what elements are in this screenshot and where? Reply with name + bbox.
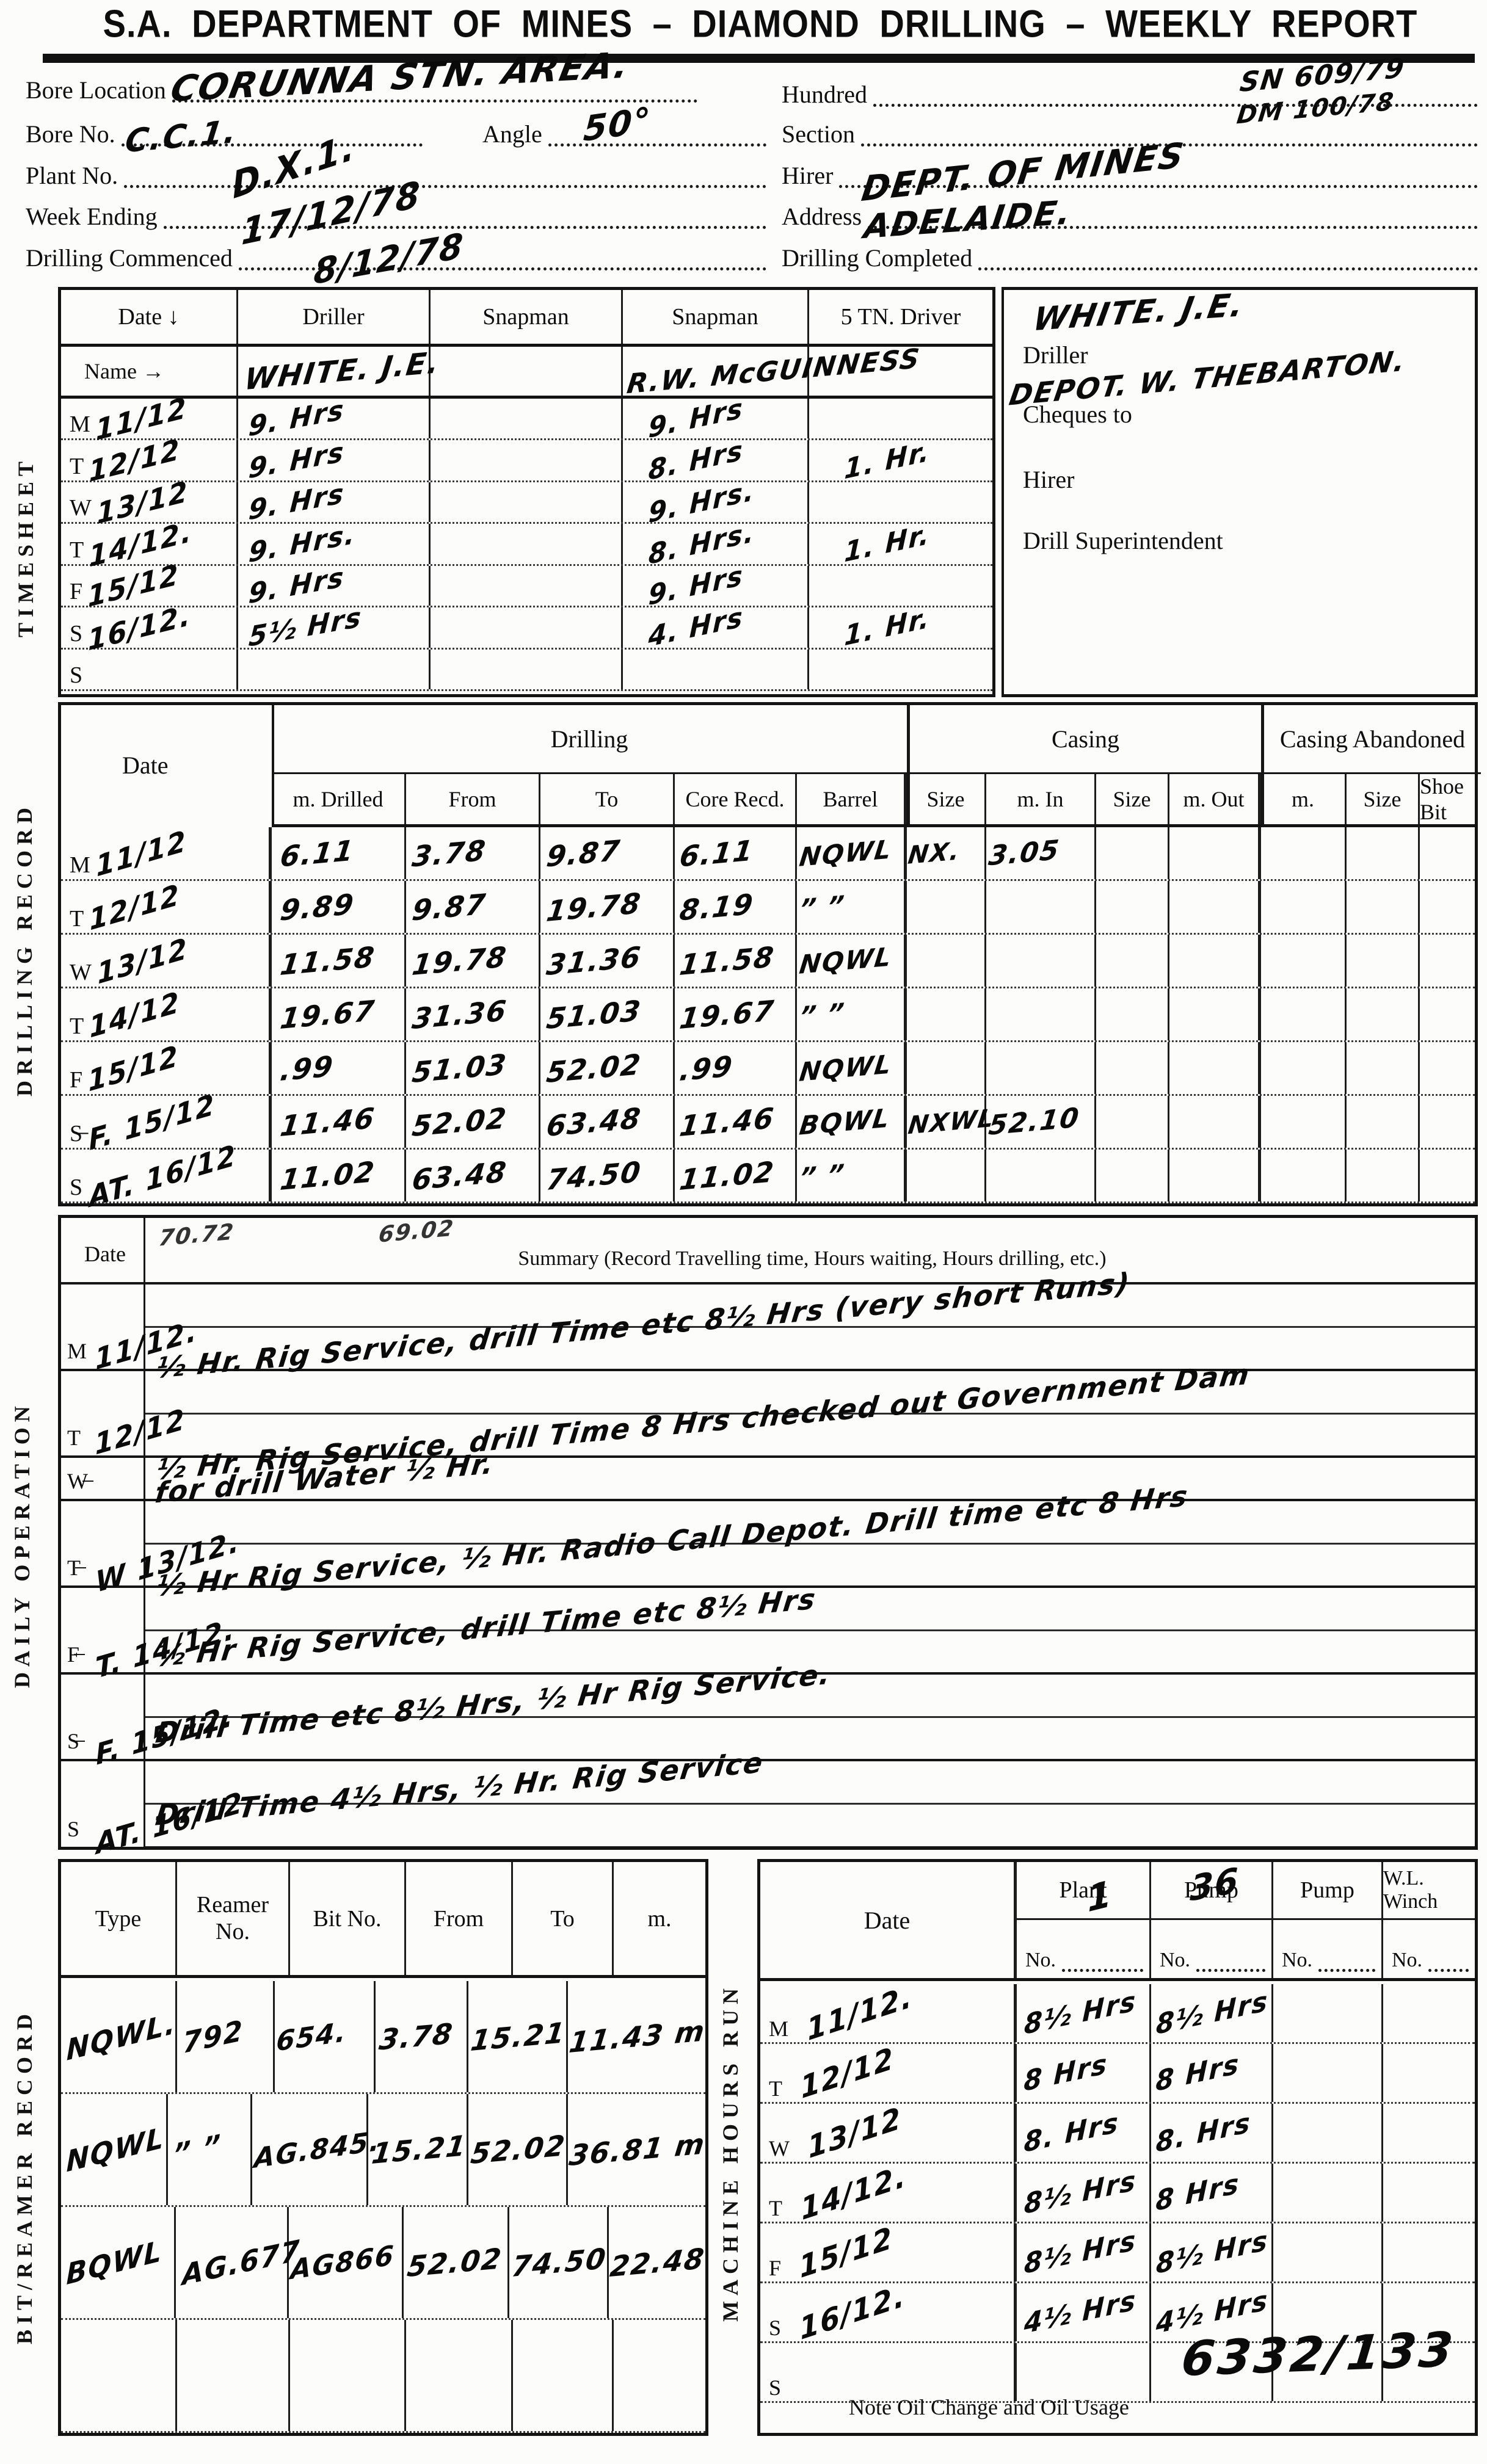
reamer-no-cell: AG.677: [176, 2207, 289, 2318]
from-cell: 63.48: [406, 1150, 540, 1201]
barrel-type: NQWL: [798, 941, 893, 980]
bit-from: 3.78: [377, 2016, 456, 2056]
m-drilled-cell: .99: [272, 1042, 406, 1094]
bit-m-cell: [614, 2320, 705, 2431]
from-depth: 51.03: [410, 1047, 509, 1089]
abandoned-m-cell: [1261, 935, 1347, 987]
m-drilled: 11.46: [278, 1101, 377, 1142]
bit-from: 15.21: [369, 2129, 468, 2170]
abandoned-m-cell: [1261, 881, 1347, 933]
driller-hours-cell: 9. Hrs: [238, 440, 431, 480]
timesheet-date-cell: S: [61, 650, 238, 689]
drilling-commenced-value: 8/12/78: [313, 225, 466, 292]
plant-hours-cell: [1017, 2343, 1151, 2401]
from-depth: 9.87: [410, 887, 489, 927]
pump2-header-text: Pump: [1300, 1877, 1354, 1904]
driller-name-cell: WHITE. J.E.: [238, 347, 431, 396]
machine-hours-section-label: MACHINE HOURS RUN: [716, 1911, 745, 2393]
plant-hours-cell: 8½ Hrs: [1017, 2223, 1151, 2281]
barrel-type: ” ”: [798, 997, 847, 1031]
casing-m-in-cell: 3.05: [986, 827, 1096, 879]
pump-hours: 8 Hrs: [1155, 2168, 1240, 2218]
reamer-no-cell: ” ”: [168, 2094, 252, 2205]
shoe-bit-cell: [1420, 1042, 1475, 1094]
daily-operation-row: S AT. 16/12 Drill Time 4½ Hrs, ½ Hr. Rig…: [61, 1761, 1475, 1847]
bit-m-cell: 36.81 m: [568, 2094, 705, 2205]
barrel-cell: NQWL: [797, 935, 907, 987]
page-title: S.A. DEPARTMENT OF MINES – DIAMOND DRILL…: [73, 1, 1447, 46]
plant-no-line: [1062, 1965, 1143, 1972]
m-drilled-cell: 19.67: [272, 988, 406, 1040]
machine-hours-row: T 12/12 8 Hrs 8 Hrs: [760, 2044, 1475, 2104]
m-drilled-cell: 11.58: [272, 935, 406, 987]
daily-operation-row: T 12/12 ½ Hr. Rig Service, drill Time 8 …: [61, 1371, 1475, 1458]
timesheet-date-cell: T 14/12.: [61, 524, 238, 563]
from-depth: 3.78: [410, 833, 489, 873]
reamer-header-line1: Reamer: [197, 1892, 269, 1919]
pump1-no-line: [1196, 1965, 1265, 1972]
snapman2-hours-cell: 9. Hrs: [623, 399, 809, 438]
drilling-date-cell: S̶ F. 15/12: [61, 1096, 272, 1148]
reamer-no: 792: [183, 2013, 244, 2060]
from-depth: 52.02: [410, 1101, 509, 1142]
drilling-subheader-row: m. DrilledFromToCore Recd.BarrelSizem. I…: [272, 774, 1475, 827]
pump-hours-cell: 8 Hrs: [1151, 2044, 1273, 2102]
day-letter: F: [769, 2257, 781, 2279]
day-letter: W: [70, 961, 92, 984]
winch-no-label: No.: [1392, 1949, 1422, 1972]
bit-no: AG866: [289, 2239, 396, 2286]
timesheet-date-cell: F 15/12: [61, 566, 238, 606]
mh-date: 15/12: [798, 2220, 895, 2285]
drilling-row: W 13/12 11.58 19.78 31.36 11.58 NQWL: [61, 935, 1475, 988]
casing-size2-cell: [1096, 881, 1169, 933]
from-cell: 31.36: [406, 988, 540, 1040]
day-letter: M: [70, 853, 90, 877]
from-cell: 9.87: [406, 881, 540, 933]
mh-date-cell: S 16/12.: [760, 2283, 1017, 2341]
bit-to: 15.21: [469, 2016, 568, 2057]
drilling-row: M 11/12 6.11 3.78 9.87 6.11 NQWL NX. 3.0…: [61, 827, 1475, 881]
bit-m-cell: 11.43 m: [568, 1981, 705, 2092]
drilling-date-cell: T 14/12: [61, 988, 272, 1040]
to-cell: 63.48: [540, 1096, 675, 1148]
machine-hours-row: M 11/12. 8½ Hrs 8½ Hrs: [760, 1984, 1475, 2044]
driver-hours-cell: 1. Hr.: [809, 607, 992, 647]
dop-summary-cell: Drill Time 4½ Hrs, ½ Hr. Rig Service: [144, 1761, 1475, 1847]
day-letter: W̶: [67, 1468, 88, 1494]
to-depth: 52.02: [545, 1047, 644, 1089]
plant-hours-cell: 8. Hrs: [1017, 2104, 1151, 2162]
driller-hours-cell: 9. Hrs: [238, 566, 431, 606]
mh-date-cell: F 15/12: [760, 2223, 1017, 2281]
day-letter: T: [769, 2078, 782, 2100]
reamer-no-cell: [177, 2320, 290, 2431]
core-recd-cell: 6.11: [675, 827, 797, 879]
winch-hours-cell: [1383, 2164, 1475, 2222]
panel-hirer-label: Hirer: [1023, 465, 1074, 494]
timesheet-column-header: Driller: [238, 290, 431, 344]
drilling-subcolumn-header: m.: [1261, 774, 1347, 824]
plant-hours: 8½ Hrs: [1023, 2225, 1137, 2281]
plant-hours: 8½ Hrs: [1023, 2165, 1137, 2221]
barrel-type: BQWL: [798, 1103, 892, 1141]
snapman1-hours-cell: [431, 399, 623, 438]
casing-size-cell: [907, 881, 986, 933]
machine-hours-header-row: Date Plant No. Pump No. Pump No. W.L. Wi…: [760, 1862, 1475, 1981]
reamer-no: ” ”: [173, 2128, 222, 2172]
casing-size: NXWL: [906, 1104, 996, 1140]
m-drilled-cell: 6.11: [272, 827, 406, 879]
core-recd-cell: 11.46: [675, 1096, 797, 1148]
winch-hours-cell: [1383, 2044, 1475, 2102]
bit-reamer-rows: NQWL. 792 654. 3.78 15.21 11.43 m NQWL ”…: [61, 1981, 705, 2433]
reamer-no-cell: 792: [177, 1981, 275, 2092]
timesheet-date-cell: T 12/12: [61, 440, 238, 480]
bit-reamer-row: NQWL ” ” AG.845. 15.21 52.02 36.81 m: [61, 2094, 705, 2207]
to-cell: 19.78: [540, 881, 675, 933]
day-letter: S: [67, 1816, 79, 1842]
driller-hours-cell: 9. Hrs: [238, 399, 431, 438]
bit-to: 52.02: [469, 2129, 568, 2170]
from-depth: 31.36: [410, 993, 509, 1035]
plant-hours-cell: 8½ Hrs: [1017, 2164, 1151, 2222]
snapman1-hours-cell: [431, 650, 623, 689]
timesheet-row: W 13/12 9. Hrs 9. Hrs.: [61, 482, 992, 524]
snapman1-hours-cell: [431, 607, 623, 647]
bit-to: 74.50: [510, 2242, 609, 2283]
to-depth: 31.36: [545, 940, 644, 981]
dop-summary-cell: ½ Hr. Rig Service, drill Time 8 Hrs chec…: [144, 1371, 1475, 1455]
plant-hours-cell: 8½ Hrs: [1017, 1984, 1151, 2042]
driller-hours: 9. Hrs: [247, 477, 346, 526]
bit-from: 52.02: [405, 2242, 504, 2283]
bit-to-cell: [513, 2320, 614, 2431]
pump-hours-cell: 8 Hrs: [1151, 2164, 1273, 2222]
drilling-subcolumn-header: m. Drilled: [272, 774, 406, 824]
bit-type: NQWL: [66, 2120, 164, 2179]
casing-size-cell: [907, 1150, 986, 1201]
to-cell: 51.03: [540, 988, 675, 1040]
bit-from-cell: 52.02: [404, 2207, 509, 2318]
bit-from-cell: 15.21: [368, 2094, 469, 2205]
week-ending-label: Week Ending: [26, 205, 158, 229]
bit-no-header: Bit No.: [313, 1905, 382, 1932]
snapman1-hours-cell: [431, 482, 623, 522]
dop-summary-header: Summary (Record Travelling time, Hours w…: [244, 1247, 1380, 1270]
from-depth: 63.48: [410, 1154, 509, 1196]
weekly-report-sheet: S.A. DEPARTMENT OF MINES – DIAMOND DRILL…: [0, 0, 1487, 2464]
bore-location-label: Bore Location: [26, 78, 166, 103]
day-letter: S: [769, 2317, 781, 2339]
casing-m-in-cell: [986, 881, 1096, 933]
bit-reamer-row: NQWL. 792 654. 3.78 15.21 11.43 m: [61, 1981, 705, 2094]
pump-hours: 8½ Hrs: [1155, 2225, 1269, 2281]
cheques-to-label: Cheques to: [1023, 400, 1132, 429]
drilling-record-section-label: DRILLING RECORD: [10, 727, 39, 1172]
section-label: Section: [782, 122, 855, 147]
m-drilled: .99: [278, 1049, 336, 1087]
snapman2-name-cell: R.W. McGUINNESS: [623, 347, 809, 396]
m-drilled-cell: 9.89: [272, 881, 406, 933]
driver-name-cell: [809, 347, 992, 396]
from-cell: 19.78: [406, 935, 540, 987]
bit-reamer-section-label: BIT/REAMER RECORD: [10, 1932, 39, 2421]
drilling-row: S AT. 16/12 11.02 63.48 74.50 11.02 ” ”: [61, 1150, 1475, 1203]
mh-pump2-header-cell: Pump No.: [1273, 1862, 1383, 1978]
abandoned-m-cell: [1261, 827, 1347, 879]
drilling-date-cell: M 11/12: [61, 827, 272, 879]
bore-no-label: Bore No.: [26, 122, 115, 147]
core-recovered: .99: [678, 1049, 735, 1087]
drilling-row: S̶ F. 15/12 11.46 52.02 63.48 11.46 BQWL…: [61, 1096, 1475, 1150]
driller-name: WHITE. J.E.: [242, 346, 442, 397]
casing-size-cell: NXWL: [907, 1096, 986, 1148]
casing-m-in-cell: [986, 1150, 1096, 1201]
panel-driller-label: Driller: [1023, 341, 1088, 369]
driver-hours-cell: [809, 566, 992, 606]
bit-m-cell: 22.48: [609, 2207, 705, 2318]
casing-size2-cell: [1096, 1150, 1169, 1201]
to-header: To: [550, 1905, 575, 1932]
dop-date-cell: M 11/12.: [61, 1285, 144, 1369]
dop-summary-cell: for drill Water ½ Hr.: [144, 1458, 1475, 1499]
snapman2-hours-cell: 4. Hrs: [623, 607, 809, 647]
m-drilled-cell: 11.46: [272, 1096, 406, 1148]
day-letter: S: [70, 664, 82, 687]
bit-no-cell: 654.: [275, 1981, 376, 2092]
drilling-subcolumn-header: Shoe Bit: [1420, 774, 1475, 824]
dop-rows: M 11/12. ½ Hr. Rig Service, drill Time e…: [61, 1285, 1475, 1847]
core-recd-cell: 11.02: [675, 1150, 797, 1201]
mh-date: 14/12.: [799, 2158, 907, 2227]
to-depth: 51.03: [545, 993, 644, 1035]
driver-hours: 1. Hr.: [844, 435, 931, 485]
abandoned-m-cell: [1261, 1096, 1347, 1148]
pump2-hours-cell: [1273, 2223, 1383, 2281]
winch-hours-cell: [1383, 1984, 1475, 2042]
type-header-cell: Type: [61, 1862, 177, 1975]
timesheet-row: T 12/12 9. Hrs 8. Hrs 1. Hr.: [61, 440, 992, 482]
abandoned-m-cell: [1261, 1042, 1347, 1094]
angle-line: [548, 140, 766, 147]
timesheet-column-header: Snapman: [431, 290, 623, 344]
casing-m-out-cell: [1169, 1042, 1261, 1094]
bit-type-cell: BQWL: [61, 2207, 176, 2318]
daily-operation-row: T̶ W 13/12. ½ Hr Rig Service, ½ Hr. Radi…: [61, 1501, 1475, 1588]
mh-plant-header-cell: Plant No.: [1017, 1862, 1151, 1978]
day-letter: S̶: [67, 1728, 79, 1754]
mh-winch-header-cell: W.L. Winch No.: [1383, 1862, 1475, 1978]
shoe-bit-cell: [1420, 988, 1475, 1040]
casing-m-out-cell: [1169, 881, 1261, 933]
pump2-no-label: No.: [1282, 1949, 1312, 1972]
dop-date-cell: T 12/12: [61, 1371, 144, 1455]
mh-date: 16/12.: [798, 2278, 906, 2347]
pump2-hours-cell: [1273, 2164, 1383, 2222]
day-letter: T̶: [67, 1555, 81, 1581]
mh-date-header: Date: [864, 1906, 911, 1935]
drilling-subcolumn-header: To: [540, 774, 675, 824]
bit-no: 654.: [275, 2016, 348, 2057]
drilling-subcolumn-header: Core Recd.: [675, 774, 797, 824]
casing-size-cell: [907, 1042, 986, 1094]
m-drilled: 11.02: [278, 1154, 377, 1196]
oil-change-note: Note Oil Change and Oil Usage: [849, 2394, 1129, 2420]
mh-date: 11/12.: [805, 1979, 914, 2048]
hirer-label: Hirer: [782, 164, 833, 188]
driver-hours-cell: 1. Hr.: [809, 440, 992, 480]
bit-no-header-cell: Bit No.: [290, 1862, 406, 1975]
barrel-cell: ” ”: [797, 988, 907, 1040]
from-cell: 3.78: [406, 827, 540, 879]
drilling-subcolumn-header: m. Out: [1169, 774, 1261, 824]
angle-label: Angle: [482, 122, 542, 147]
abandoned-group-header: Casing Abandoned: [1264, 725, 1481, 753]
bit-metres: 36.81 m: [567, 2127, 707, 2172]
drilling-date: 11/12: [95, 824, 188, 883]
timesheet-date-cell: M 11/12: [61, 399, 238, 438]
casing-m-out-cell: [1169, 1150, 1261, 1201]
bit-no-cell: AG.845.: [252, 2094, 368, 2205]
casing-m-in: 52.10: [987, 1102, 1082, 1142]
core-recd-cell: .99: [675, 1042, 797, 1094]
core-recovered: 8.19: [678, 887, 756, 927]
shoe-bit-cell: [1420, 1150, 1475, 1201]
hundred-label: Hundred: [782, 82, 867, 107]
driver-hours: 1. Hr.: [844, 519, 931, 569]
to-depth: 19.78: [545, 886, 644, 927]
driller-hours-cell: 5½ Hrs: [238, 607, 431, 647]
drilling-record-table: Date Drilling Casing Casing Abandoned m.…: [58, 702, 1478, 1206]
pump-hours-cell: 8. Hrs: [1151, 2104, 1273, 2162]
plant-group-header: Plant: [1017, 1862, 1149, 1920]
driver-hours-cell: [809, 482, 992, 522]
plant-hours: 8 Hrs: [1023, 2048, 1108, 2098]
pump1-no-row: No.: [1151, 1920, 1271, 1978]
mh-date-cell: T 14/12.: [760, 2164, 1017, 2222]
drilling-group-header: Drilling: [272, 725, 907, 753]
field-drilling-completed: Drilling Completed: [782, 246, 1478, 270]
driver-hours-cell: [809, 399, 992, 438]
dop-date-cell: S̶ F. 15/12.: [61, 1675, 144, 1759]
snapman2-hours: 4. Hrs: [648, 601, 744, 654]
snapman2-hours-cell: 8. Hrs: [623, 440, 809, 480]
timesheet-row: S: [61, 650, 992, 691]
winch-group-header: W.L. Winch: [1383, 1862, 1475, 1920]
drilling-row: F 15/12 .99 51.03 52.02 .99 NQWL: [61, 1042, 1475, 1096]
pump-hours-cell: 8½ Hrs: [1151, 1984, 1273, 2042]
casing-m-in-cell: [986, 1042, 1096, 1094]
driver-hours-cell: [809, 650, 992, 689]
bit-type: BQWL: [66, 2234, 162, 2292]
dop-date-cell: W̶: [61, 1458, 144, 1499]
core-recd-cell: 11.58: [675, 935, 797, 987]
bit-metres: 11.43 m: [567, 2014, 707, 2059]
shoe-bit-cell: [1420, 935, 1475, 987]
snapman2-hours-cell: 8. Hrs.: [623, 524, 809, 563]
pump-hours-cell: 8½ Hrs: [1151, 2223, 1273, 2281]
to-cell: 9.87: [540, 827, 675, 879]
day-letter: F: [70, 1068, 82, 1092]
dop-date-cell: S AT. 16/12: [61, 1761, 144, 1847]
pencil-total-2: 69.02: [377, 1216, 456, 1247]
day-letter: S: [70, 1176, 82, 1199]
day-letter: S: [769, 2377, 781, 2399]
day-letter: W: [769, 2137, 790, 2159]
m-drilled-cell: 11.02: [272, 1150, 406, 1201]
plant-hours: 8. Hrs: [1023, 2107, 1120, 2159]
drilling-subcolumn-header: Size: [907, 774, 986, 824]
driller-hours-cell: 9. Hrs.: [238, 524, 431, 563]
casing-m-out-cell: [1169, 988, 1261, 1040]
timesheet-section-label: TIMESHEET: [11, 421, 40, 672]
snapman1-name-cell: [431, 347, 623, 396]
reamer-header-cell: Reamer No.: [177, 1862, 290, 1975]
day-letter: M: [769, 2018, 788, 2040]
from-cell: 52.02: [406, 1096, 540, 1148]
snapman2-hours: 8. Hrs: [648, 434, 744, 487]
drilling-subcolumn-header: Size: [1096, 774, 1169, 824]
daily-operation-table: Date Summary (Record Travelling time, Ho…: [58, 1215, 1478, 1850]
m-header-cell: m.: [614, 1862, 705, 1975]
type-header: Type: [95, 1905, 141, 1932]
m-drilled: 9.89: [278, 887, 357, 927]
casing-m-in-cell: [986, 988, 1096, 1040]
day-letter: F: [70, 580, 82, 603]
bit-to-cell: 15.21: [468, 1981, 568, 2092]
drilling-rows: M 11/12 6.11 3.78 9.87 6.11 NQWL NX. 3.0…: [61, 827, 1475, 1203]
day-letter: T: [67, 1425, 81, 1451]
plant-number-value: 1: [1086, 1872, 1113, 1921]
casing-group-header: Casing: [910, 725, 1261, 753]
day-letter: S̶: [70, 1122, 82, 1145]
abandoned-m-cell: [1261, 988, 1347, 1040]
m-drilled: 11.58: [278, 940, 377, 981]
drilling-subcolumn-header: m. In: [986, 774, 1096, 824]
casing-size2-cell: [1096, 1096, 1169, 1148]
plant-hours: 8½ Hrs: [1023, 1985, 1137, 2042]
barrel-type: NQWL: [798, 1049, 893, 1087]
pump2-hours-cell: [1273, 2044, 1383, 2102]
driller-hours: 9. Hrs: [247, 394, 346, 443]
mh-date-header-cell: Date: [760, 1862, 1017, 1978]
dop-date-cell: T̶ W 13/12.: [61, 1501, 144, 1585]
bit-no: AG.845.: [253, 2125, 382, 2174]
timesheet-row: F 15/12 9. Hrs 9. Hrs: [61, 566, 992, 607]
hundred-line: [873, 100, 1478, 107]
abandoned-size-cell: [1347, 881, 1420, 933]
timesheet-column-header: Date ↓: [61, 290, 238, 344]
address-label: Address: [782, 205, 862, 229]
drilling-subcolumn-header: Size: [1347, 774, 1420, 824]
pump2-hours-cell: [1273, 1984, 1383, 2042]
bit-type-cell: NQWL: [61, 2094, 168, 2205]
barrel-cell: BQWL: [797, 1096, 907, 1148]
dop-summary-cell: ½ Hr. Rig Service, drill Time etc 8½ Hrs…: [144, 1285, 1475, 1369]
pump2-no-row: No.: [1273, 1920, 1381, 1978]
timesheet-row: M 11/12 9. Hrs 9. Hrs: [61, 399, 992, 440]
casing-size: NX.: [906, 836, 962, 869]
timesheet-row: T 14/12. 9. Hrs. 8. Hrs. 1. Hr.: [61, 524, 992, 565]
timesheet-date-cell: W 13/12: [61, 482, 238, 522]
snapman2-hours-cell: [623, 650, 809, 689]
plant-hours-cell: 4½ Hrs: [1017, 2283, 1151, 2341]
drilling-subcolumn-header: From: [406, 774, 540, 824]
barrel-cell: ” ”: [797, 1150, 907, 1201]
machine-hours-row: W 13/12 8. Hrs 8. Hrs: [760, 2104, 1475, 2164]
casing-m-in-cell: [986, 935, 1096, 987]
